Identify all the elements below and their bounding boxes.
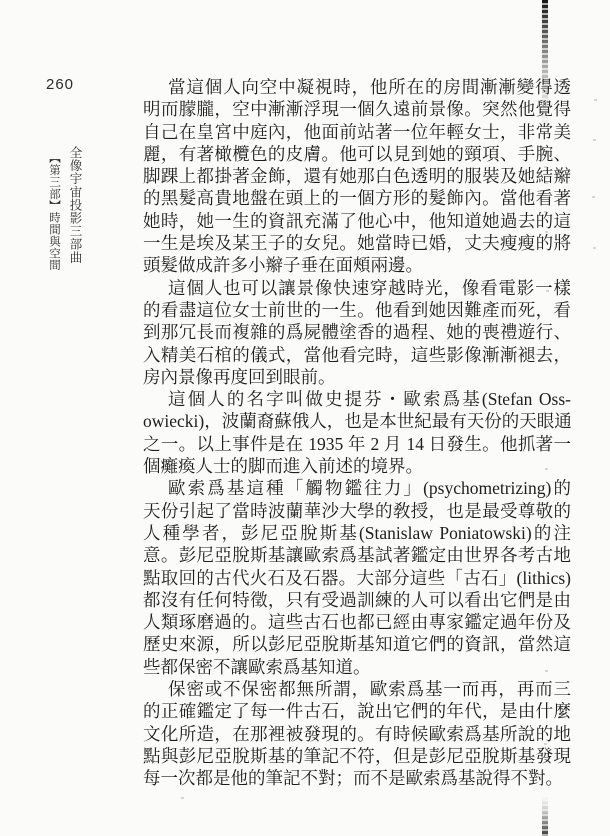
text-line: 一生是埃及某王子的女兒。她當時已婚，丈夫瘦瘦的將 (143, 232, 571, 254)
scan-artifact (544, 166, 547, 168)
page-number: 260 (46, 76, 74, 93)
text-line: 的看盡這位女士前世的一生。他看到她因難產而死，看 (143, 299, 571, 321)
scan-artifact (546, 449, 549, 451)
text-line: 歷史來源，所以彭尼亞脫斯基知道它們的資訊，當然這 (143, 633, 571, 655)
scan-artifact (593, 247, 596, 249)
text-line: 點與彭尼亞脫斯基的筆記不符，但是彭尼亞脫斯基發現 (143, 745, 571, 767)
text-line: 歐索爲基這種「觸物鑑往力」(psychometrizing)的 (143, 477, 571, 499)
text-line: 這個人也可以讓景像快速穿越時光，像看電影一樣 (143, 277, 571, 299)
scan-artifact (181, 797, 184, 799)
scan-artifact (544, 211, 547, 213)
text-line: 當這個人向空中凝視時，他所在的房間漸漸變得透 (143, 76, 571, 98)
scan-artifact (544, 743, 547, 745)
text-line: 每一次都是他的筆記不對；而不是歐索爲基說得不對。 (143, 767, 571, 789)
text-line: 到那冗長而複雜的爲屍體塗香的過程、她的喪禮遊行、 (143, 321, 571, 343)
scan-artifact (593, 139, 596, 141)
scan-artifact (544, 495, 547, 497)
scan-binding-streak-bottom (542, 796, 548, 836)
text-line: 這個人的名字叫做史提芬・歐索爲基(Stefan Oss- (143, 388, 571, 410)
text-line: 入精美石棺的儀式，當他看完時，這些影像漸漸褪去， (143, 344, 571, 366)
text-line: 都沒有任何特徵，只有受過訓練的人可以看出它們是由 (143, 589, 571, 611)
text-line: 天份引起了當時波蘭華沙大學的敎授，也是最受尊敬的 (143, 500, 571, 522)
text-line: 房內景像再度回到眼前。 (143, 366, 571, 388)
scan-artifact (545, 182, 548, 184)
text-line: 意。彭尼亞脫斯基讓歐索爲基試著鑑定由世界各考古地 (143, 544, 571, 566)
scan-artifact (545, 231, 548, 233)
text-line: 點取回的古代火石及石器。大部分這些「古石」(lithics) (143, 567, 571, 589)
text-line: 麗，有著橄欖色的皮膚。他可以見到她的頸項、手腕、 (143, 143, 571, 165)
scan-artifact (545, 468, 548, 470)
text-line: 的正確鑑定了每一件古石，說出它們的年代，是由什麼 (143, 700, 571, 722)
text-line: 自己在皇宮中庭內，他面前站著一位年輕女士，非常美 (143, 121, 571, 143)
text-line: 文化所造，在那裡被發現的。有時候歐索爲基所說的地 (143, 723, 571, 745)
text-line: 的黑髮高貴地盤在頭上的一個方形的髮飾內。當他看著 (143, 187, 571, 209)
scan-artifact (546, 290, 549, 292)
scan-artifact (545, 545, 548, 547)
scan-artifact (545, 424, 548, 426)
text-line: 人類琢磨過的。這些古石也都已經由專家鑑定過年份及 (143, 611, 571, 633)
text-line: 脚踝上都掛著金飾，還有她那白色透明的服裝及她結辮 (143, 165, 571, 187)
scan-artifact (545, 670, 548, 672)
spine-running-title: 全像宇宙投影三部曲 【第三部】時間與空間 (46, 146, 84, 271)
scan-binding-streak-top (542, 0, 548, 140)
text-line: 之一。以上事件是在 1935 年 2 月 14 日發生。他抓著一 (143, 433, 571, 455)
text-line: 明而朦朧，空中漸漸浮現一個久遠前景像。突然他覺得 (143, 98, 571, 120)
text-line: 頭髮做成許多小辮子垂在面頰兩邊。 (143, 254, 571, 276)
text-line: 人種學者，彭尼亞脫斯基(Stanislaw Poniatowski)的注 (143, 522, 571, 544)
text-line: 她時，她一生的資訊充滿了他心中，他知道她過去的這 (143, 210, 571, 232)
text-line: 個癱瘓人士的脚而進入前述的境界。 (143, 455, 571, 477)
text-line: 些都保密不讓歐索爲基知道。 (143, 656, 571, 678)
scan-artifact (592, 196, 595, 198)
text-line: owiecki)，波蘭裔蘇俄人，也是本世紀最有天份的天眼通 (143, 410, 571, 432)
part-title: 【第三部】時間與空間 (46, 146, 62, 271)
text-line: 保密或不保密都無所謂，歐索爲基一而再，再而三 (143, 678, 571, 700)
book-title: 全像宇宙投影三部曲 (66, 146, 84, 271)
page-text: 當這個人向空中凝視時，他所在的房間漸漸變得透 明而朦朧，空中漸漸浮現一個久遠前景… (143, 76, 571, 790)
scan-artifact (594, 99, 597, 101)
book-page: 260 全像宇宙投影三部曲 【第三部】時間與空間 當這個人向空中凝視時，他所在的… (0, 0, 610, 836)
